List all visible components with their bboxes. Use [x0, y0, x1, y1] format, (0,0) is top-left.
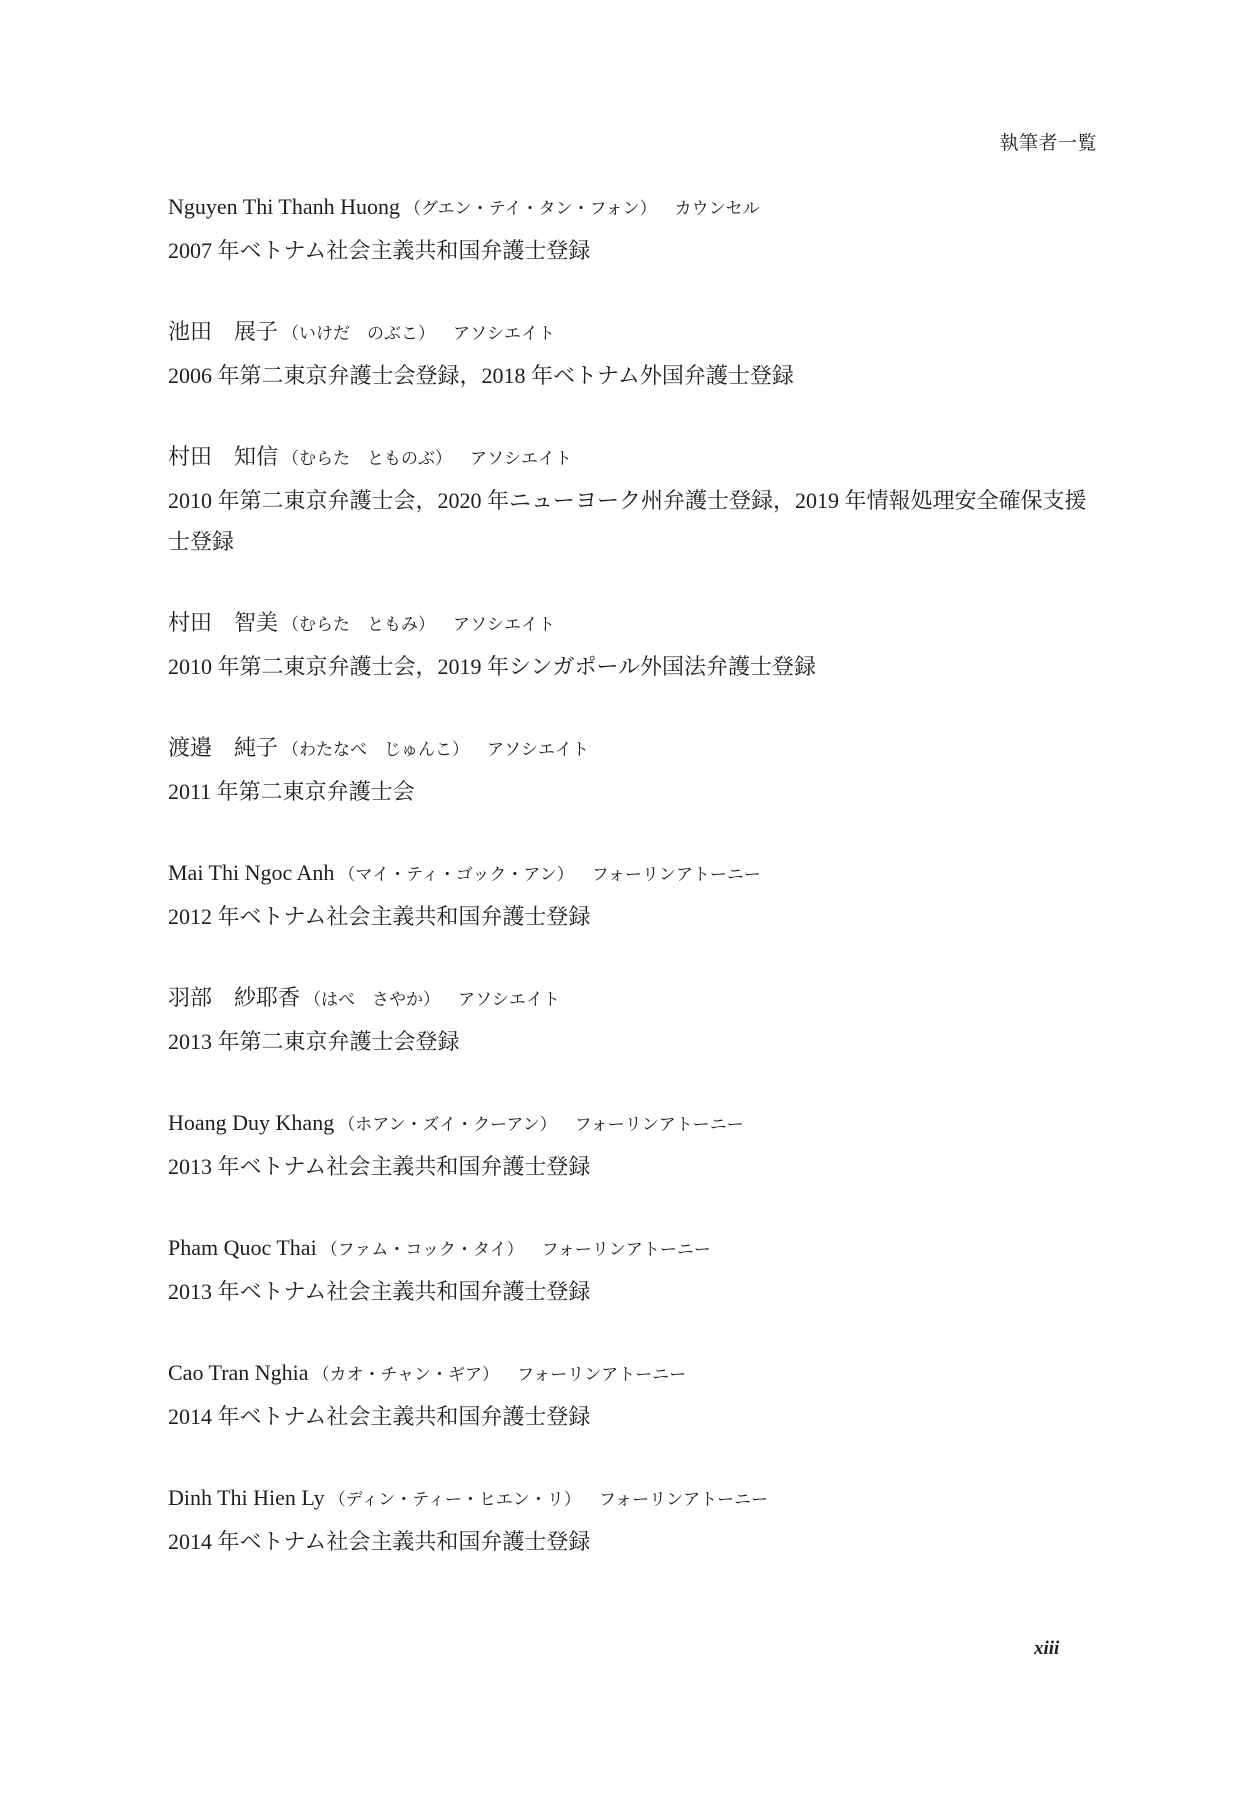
- contributor-name: Nguyen Thi Thanh Huong: [168, 194, 400, 219]
- contributor-entry: Dinh Thi Hien Ly（ディン・ティー・ヒエン・リ）フォーリンアトーニ…: [168, 1481, 1108, 1606]
- contributor-entry: Mai Thi Ngoc Anh（マイ・ティ・ゴック・アン）フォーリンアトーニー…: [168, 856, 1108, 981]
- contributor-name: Mai Thi Ngoc Anh: [168, 860, 334, 885]
- contributor-career: 2010 年第二東京弁護士会，2020 年ニューヨーク州弁護士登録，2019 年…: [168, 480, 1108, 562]
- contributor-name-line: 渡邉 純子（わたなべ じゅんこ）アソシエイト: [168, 731, 1108, 765]
- contributor-career: 2012 年ベトナム社会主義共和国弁護士登録: [168, 896, 1108, 937]
- contributor-entry: Hoang Duy Khang（ホアン・ズイ・クーアン）フォーリンアトーニー 2…: [168, 1106, 1108, 1231]
- contributor-role: カウンセル: [675, 199, 760, 218]
- contributor-role: フォーリンアトーニー: [575, 1115, 744, 1134]
- contributor-name: 渡邉 純子: [168, 735, 278, 760]
- contributor-entry: 池田 展子（いけだ のぶこ）アソシエイト 2006 年第二東京弁護士会登録，20…: [168, 315, 1108, 440]
- contributor-name-line: Nguyen Thi Thanh Huong（グエン・テイ・タン・フォン）カウン…: [168, 190, 1108, 224]
- contributor-role: アソシエイト: [453, 324, 555, 343]
- contributor-name: Cao Tran Nghia: [168, 1360, 309, 1385]
- contributor-name: Dinh Thi Hien Ly: [168, 1485, 325, 1510]
- contributor-role: フォーリンアトーニー: [517, 1365, 686, 1384]
- contributor-name-line: Cao Tran Nghia（カオ・チャン・ギア）フォーリンアトーニー: [168, 1356, 1108, 1390]
- running-header-title: 執筆者一覧: [999, 128, 1097, 155]
- contributor-reading: （ディン・ティー・ヒエン・リ）: [329, 1490, 581, 1509]
- contributor-name-line: 池田 展子（いけだ のぶこ）アソシエイト: [168, 315, 1108, 349]
- contributor-reading: （カオ・チャン・ギア）: [313, 1365, 500, 1384]
- contributor-name-line: 村田 知信（むらた とものぶ）アソシエイト: [168, 440, 1108, 474]
- contributor-career: 2007 年ベトナム社会主義共和国弁護士登録: [168, 230, 1108, 271]
- contributor-reading: （いけだ のぶこ）: [282, 324, 435, 343]
- contributor-name-line: Mai Thi Ngoc Anh（マイ・ティ・ゴック・アン）フォーリンアトーニー: [168, 856, 1108, 890]
- contributor-entry: 羽部 紗耶香（はべ さやか）アソシエイト 2013 年第二東京弁護士会登録: [168, 981, 1108, 1106]
- contributor-role: フォーリンアトーニー: [542, 1240, 711, 1259]
- contributor-reading: （わたなべ じゅんこ）: [282, 740, 469, 759]
- contributor-name-line: Dinh Thi Hien Ly（ディン・ティー・ヒエン・リ）フォーリンアトーニ…: [168, 1481, 1108, 1515]
- contributor-role: フォーリンアトーニー: [592, 865, 761, 884]
- contributor-name-line: Hoang Duy Khang（ホアン・ズイ・クーアン）フォーリンアトーニー: [168, 1106, 1108, 1140]
- contributor-entry: Cao Tran Nghia（カオ・チャン・ギア）フォーリンアトーニー 2014…: [168, 1356, 1108, 1481]
- contributor-name: Pham Quoc Thai: [168, 1235, 317, 1260]
- contributor-career: 2006 年第二東京弁護士会登録，2018 年ベトナム外国弁護士登録: [168, 355, 1108, 396]
- contributor-entry: Pham Quoc Thai（ファム・コック・タイ）フォーリンアトーニー 201…: [168, 1231, 1108, 1356]
- contributor-entry: 村田 知信（むらた とものぶ）アソシエイト 2010 年第二東京弁護士会，202…: [168, 440, 1108, 606]
- contributor-role: アソシエイト: [487, 740, 589, 759]
- contributor-role: フォーリンアトーニー: [599, 1490, 768, 1509]
- contributor-name-line: 村田 智美（むらた ともみ）アソシエイト: [168, 606, 1108, 640]
- contributor-reading: （むらた とものぶ）: [282, 449, 452, 468]
- contributor-reading: （グエン・テイ・タン・フォン）: [404, 199, 657, 218]
- contributor-entry: 村田 智美（むらた ともみ）アソシエイト 2010 年第二東京弁護士会，2019…: [168, 606, 1108, 731]
- contributor-role: アソシエイト: [470, 449, 572, 468]
- contributor-career: 2010 年第二東京弁護士会，2019 年シンガポール外国法弁護士登録: [168, 646, 1108, 687]
- contributor-name: 村田 知信: [168, 444, 278, 469]
- contributor-name-line: 羽部 紗耶香（はべ さやか）アソシエイト: [168, 981, 1108, 1015]
- contributor-reading: （ホアン・ズイ・クーアン）: [338, 1115, 556, 1134]
- contributor-reading: （はべ さやか）: [304, 990, 440, 1009]
- contributor-reading: （ファム・コック・タイ）: [321, 1240, 524, 1259]
- contributor-role: アソシエイト: [458, 990, 560, 1009]
- contributor-name: 羽部 紗耶香: [168, 985, 300, 1010]
- contributor-career: 2014 年ベトナム社会主義共和国弁護士登録: [168, 1396, 1108, 1437]
- contributor-career: 2013 年第二東京弁護士会登録: [168, 1021, 1108, 1062]
- contributor-reading: （むらた ともみ）: [282, 615, 435, 634]
- contributor-role: アソシエイト: [453, 615, 555, 634]
- contributor-entry: Nguyen Thi Thanh Huong（グエン・テイ・タン・フォン）カウン…: [168, 190, 1108, 315]
- contributor-name-line: Pham Quoc Thai（ファム・コック・タイ）フォーリンアトーニー: [168, 1231, 1108, 1265]
- contributor-reading: （マイ・ティ・ゴック・アン）: [338, 865, 573, 884]
- contributor-career: 2013 年ベトナム社会主義共和国弁護士登録: [168, 1146, 1108, 1187]
- page-number: xiii: [1034, 1638, 1059, 1660]
- contributor-entry: 渡邉 純子（わたなべ じゅんこ）アソシエイト 2011 年第二東京弁護士会: [168, 731, 1108, 856]
- contributor-career: 2014 年ベトナム社会主義共和国弁護士登録: [168, 1521, 1108, 1562]
- contributor-career: 2011 年第二東京弁護士会: [168, 771, 1108, 812]
- contributor-list: Nguyen Thi Thanh Huong（グエン・テイ・タン・フォン）カウン…: [168, 190, 1108, 1606]
- contributor-name: Hoang Duy Khang: [168, 1110, 334, 1135]
- contributor-name: 村田 智美: [168, 610, 278, 635]
- contributor-name: 池田 展子: [168, 319, 278, 344]
- contributor-career: 2013 年ベトナム社会主義共和国弁護士登録: [168, 1271, 1108, 1312]
